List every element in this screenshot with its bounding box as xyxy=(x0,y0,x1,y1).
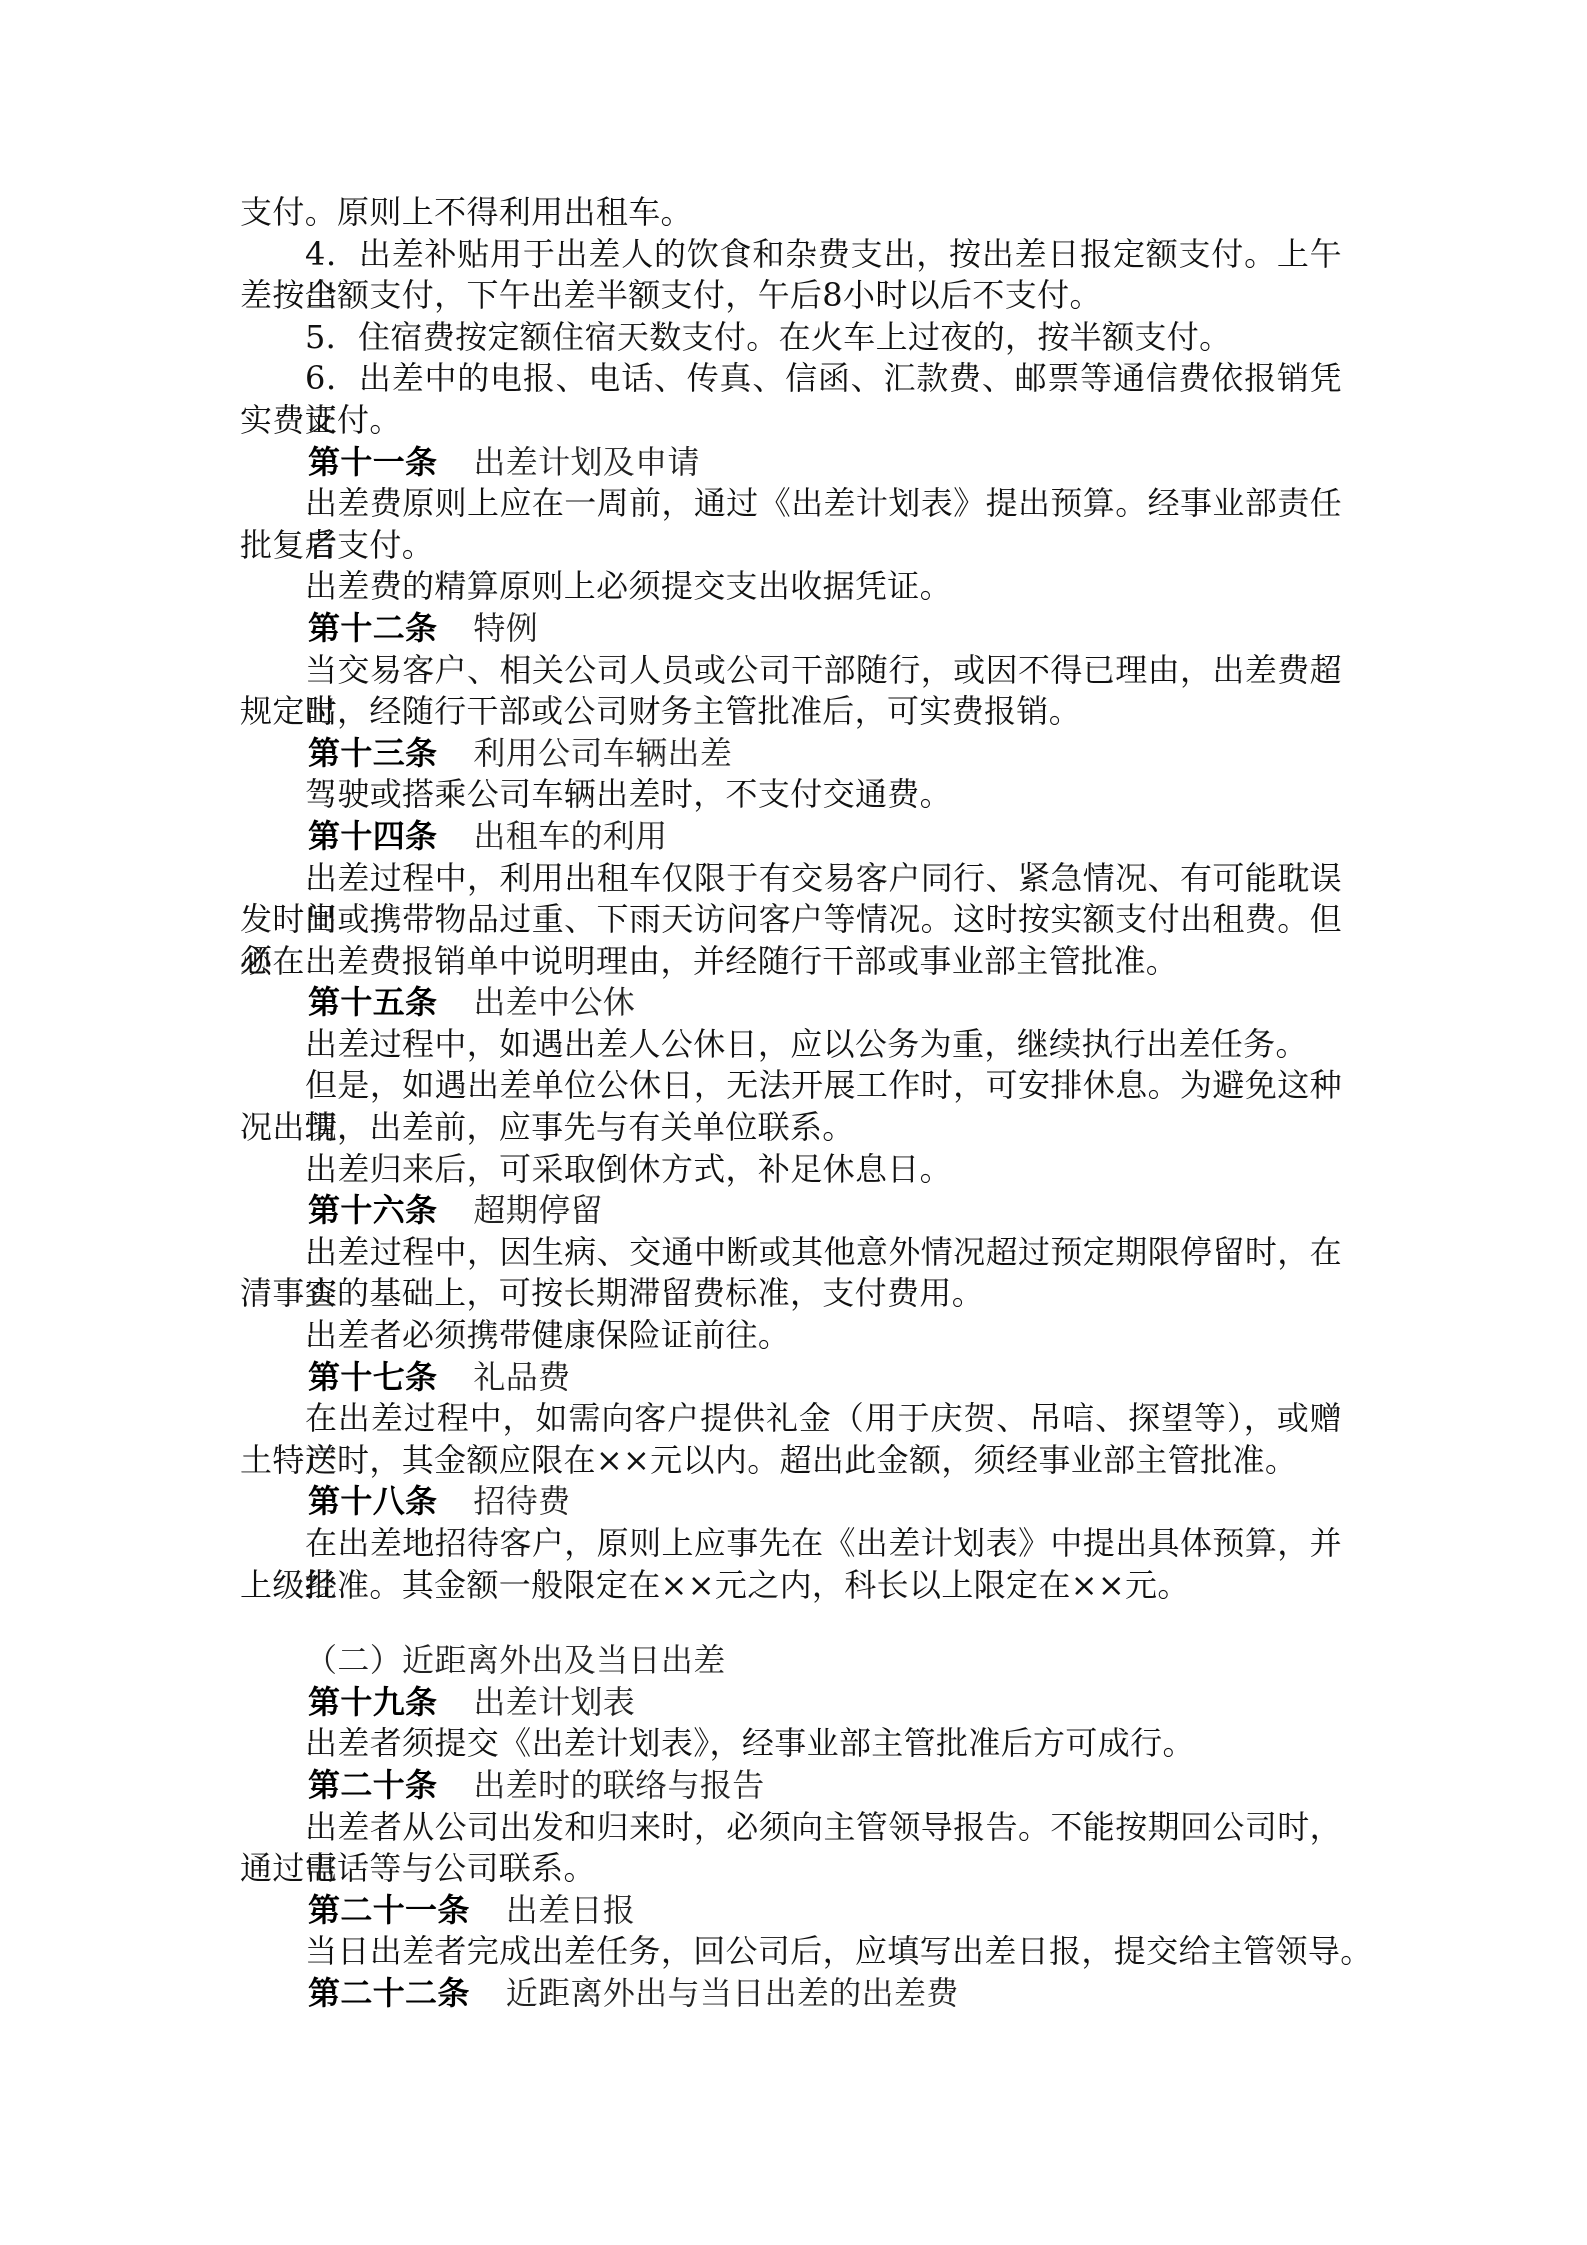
article-number: 第二十二条 xyxy=(308,1974,470,2012)
article-title: 礼品费 xyxy=(473,1358,570,1396)
paragraph-line: 出差者须提交《出差计划表》，经事业部主管批准后方可成行。 xyxy=(240,1723,1342,1765)
article-number: 第十一条 xyxy=(308,443,437,481)
article-heading: 第十五条出差中公休 xyxy=(240,982,1342,1024)
paragraph-line: 出差过程中，因生病、交通中断或其他意外情况超过预定期限停留时，在查 xyxy=(240,1232,1342,1274)
paragraph-line: 在出差地招待客户，原则上应事先在《出差计划表》中提出具体预算，并经 xyxy=(240,1523,1342,1565)
article-number: 第十八条 xyxy=(308,1482,437,1520)
section-heading: （二）近距离外出及当日出差 xyxy=(240,1640,1342,1682)
paragraph-line: 土特产时，其金额应限在××元以内。超出此金额，须经事业部主管批准。 xyxy=(240,1440,1342,1482)
article-title: 近距离外出与当日出差的出差费 xyxy=(506,1974,959,2012)
paragraph-line: 差按全额支付，下午出差半额支付，午后8小时以后不支付。 xyxy=(240,275,1342,317)
article-heading: 第十二条特例 xyxy=(240,608,1342,650)
paragraph-line: 通过电话等与公司联系。 xyxy=(240,1848,1342,1890)
article-number: 第十九条 xyxy=(308,1683,437,1721)
article-heading: 第十一条出差计划及申请 xyxy=(240,442,1342,484)
article-number: 第十四条 xyxy=(308,817,437,855)
article-heading: 第二十二条近距离外出与当日出差的出差费 xyxy=(240,1973,1342,2015)
article-heading: 第十七条礼品费 xyxy=(240,1357,1342,1399)
article-title: 出差中公休 xyxy=(473,983,635,1021)
article-heading: 第十八条招待费 xyxy=(240,1481,1342,1523)
paragraph-line: 5．住宿费按定额住宿天数支付。在火车上过夜的，按半额支付。 xyxy=(240,317,1342,359)
article-title: 出差时的联络与报告 xyxy=(473,1766,764,1804)
paragraph-line: 出差费的精算原则上必须提交支出收据凭证。 xyxy=(240,566,1342,608)
article-number: 第二十条 xyxy=(308,1766,437,1804)
article-number: 第十五条 xyxy=(308,983,437,1021)
paragraph-line: 上级批准。其金额一般限定在××元之内，科长以上限定在××元。 xyxy=(240,1565,1342,1607)
article-heading: 第二十条出差时的联络与报告 xyxy=(240,1765,1342,1807)
article-title: 特例 xyxy=(473,609,538,647)
paragraph-line: 须在出差费报销单中说明理由，并经随行干部或事业部主管批准。 xyxy=(240,941,1342,983)
paragraph-line: 出差费原则上应在一周前，通过《出差计划表》提出预算。经事业部责任者 xyxy=(240,483,1342,525)
blank-spacer xyxy=(240,1606,1342,1640)
article-title: 利用公司车辆出差 xyxy=(473,734,732,772)
article-number: 第二十一条 xyxy=(308,1891,470,1929)
article-heading: 第十三条利用公司车辆出差 xyxy=(240,733,1342,775)
paragraph-line: 当交易客户、相关公司人员或公司干部随行，或因不得已理由，出差费超出 xyxy=(240,650,1342,692)
article-title: 出租车的利用 xyxy=(473,817,667,855)
paragraph-line: 出差过程中，利用出租车仅限于有交易客户同行、紧急情况、有可能耽误出 xyxy=(240,858,1342,900)
article-heading: 第十六条超期停留 xyxy=(240,1190,1342,1232)
article-heading: 第十九条出差计划表 xyxy=(240,1682,1342,1724)
paragraph-line: 批复后支付。 xyxy=(240,525,1342,567)
article-title: 招待费 xyxy=(473,1482,570,1520)
article-number: 第十六条 xyxy=(308,1191,437,1229)
article-title: 超期停留 xyxy=(473,1191,602,1229)
article-title: 出差计划及申请 xyxy=(473,443,699,481)
paragraph-line: 但是，如遇出差单位公休日，无法开展工作时，可安排休息。为避免这种情 xyxy=(240,1065,1342,1107)
paragraph-line: 出差者从公司出发和归来时，必须向主管领导报告。不能按期回公司时，需 xyxy=(240,1807,1342,1849)
article-title: 出差计划表 xyxy=(473,1683,635,1721)
paragraph-line: 清事实的基础上，可按长期滞留费标准，支付费用。 xyxy=(240,1273,1342,1315)
article-number: 第十七条 xyxy=(308,1358,437,1396)
article-heading: 第十四条出租车的利用 xyxy=(240,816,1342,858)
article-number: 第十二条 xyxy=(308,609,437,647)
document-page: 支付。原则上不得利用出租车。4．出差补贴用于出差人的饮食和杂费支出，按出差日报定… xyxy=(240,192,1342,2015)
paragraph-line: 当日出差者完成出差任务，回公司后，应填写出差日报，提交给主管领导。 xyxy=(240,1931,1342,1973)
paragraph-line: 支付。原则上不得利用出租车。 xyxy=(240,192,1342,234)
paragraph-line: 出差者必须携带健康保险证前往。 xyxy=(240,1315,1342,1357)
paragraph-line: 实费支付。 xyxy=(240,400,1342,442)
paragraph-line: 出差归来后，可采取倒休方式，补足休息日。 xyxy=(240,1149,1342,1191)
article-heading: 第二十一条出差日报 xyxy=(240,1890,1342,1932)
paragraph-line: 6．出差中的电报、电话、传真、信函、汇款费、邮票等通信费依报销凭证 xyxy=(240,358,1342,400)
paragraph-line: 出差过程中，如遇出差人公休日，应以公务为重，继续执行出差任务。 xyxy=(240,1024,1342,1066)
paragraph-line: 发时间或携带物品过重、下雨天访问客户等情况。这时按实额支付出租费。但必 xyxy=(240,899,1342,941)
paragraph-line: 在出差过程中，如需向客户提供礼金（用于庆贺、吊唁、探望等），或赠送 xyxy=(240,1398,1342,1440)
paragraph-line: 4．出差补贴用于出差人的饮食和杂费支出，按出差日报定额支付。上午出 xyxy=(240,234,1342,276)
paragraph-line: 况出现，出差前，应事先与有关单位联系。 xyxy=(240,1107,1342,1149)
article-number: 第十三条 xyxy=(308,734,437,772)
paragraph-line: 驾驶或搭乘公司车辆出差时，不支付交通费。 xyxy=(240,774,1342,816)
article-title: 出差日报 xyxy=(506,1891,635,1929)
paragraph-line: 规定时，经随行干部或公司财务主管批准后，可实费报销。 xyxy=(240,691,1342,733)
